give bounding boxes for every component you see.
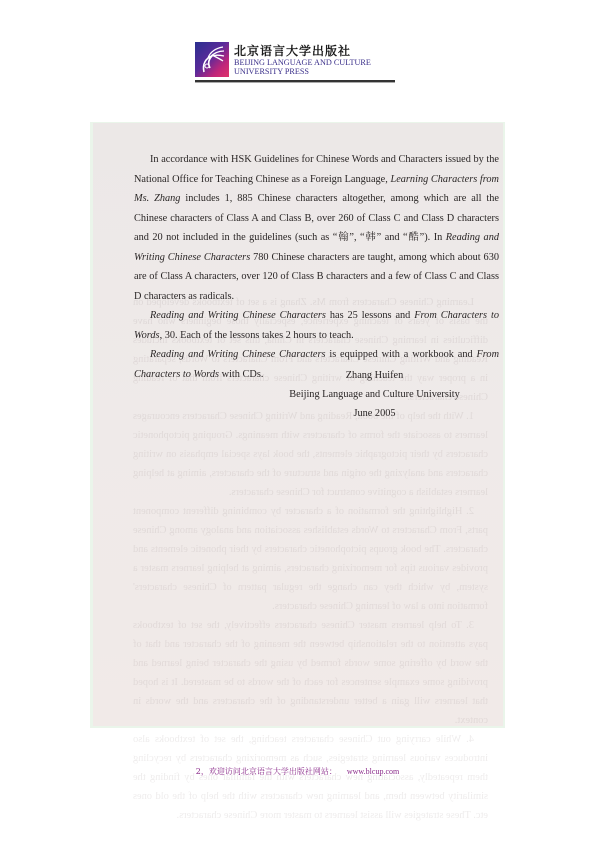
- signature-institution: Beijing Language and Culture University: [93, 385, 508, 405]
- publisher-name-chinese: 北京语言大学出版社: [234, 42, 351, 59]
- paragraph: Reading and Writing Chinese Characters h…: [134, 306, 499, 345]
- publisher-header: 北京语言大学出版社 BEIJING LANGUAGE AND CULTURE U…: [195, 42, 395, 78]
- phoenix-logo-icon: [195, 42, 229, 77]
- show-through-paragraph: 2. Highlighting the formation of a chara…: [133, 502, 488, 616]
- signature-date: June 2005: [93, 404, 508, 424]
- page-footer: 2，欢迎访问北京语言大学出版社网站：www.blcup.com: [0, 766, 595, 777]
- website-link[interactable]: www.blcup.com: [347, 767, 399, 776]
- header-divider: [195, 80, 395, 83]
- show-through-paragraph: 3. To help learners master Chinese chara…: [133, 616, 488, 730]
- show-through-paragraph: 4. While carrying out Chinese characters…: [133, 730, 488, 825]
- paragraph: In accordance with HSK Guidelines for Ch…: [134, 150, 499, 306]
- footer-text: 2，欢迎访问北京语言大学出版社网站：: [196, 767, 337, 776]
- publisher-name-english-line1: BEIJING LANGUAGE AND CULTURE: [234, 58, 371, 67]
- signature-name: Zhang Huifen: [93, 366, 508, 386]
- scanned-page: Learning Chinese Characters from Ms. Zha…: [90, 122, 505, 728]
- preface-body: In accordance with HSK Guidelines for Ch…: [134, 150, 499, 384]
- publisher-name-english-line2: UNIVERSITY PRESS: [234, 67, 309, 76]
